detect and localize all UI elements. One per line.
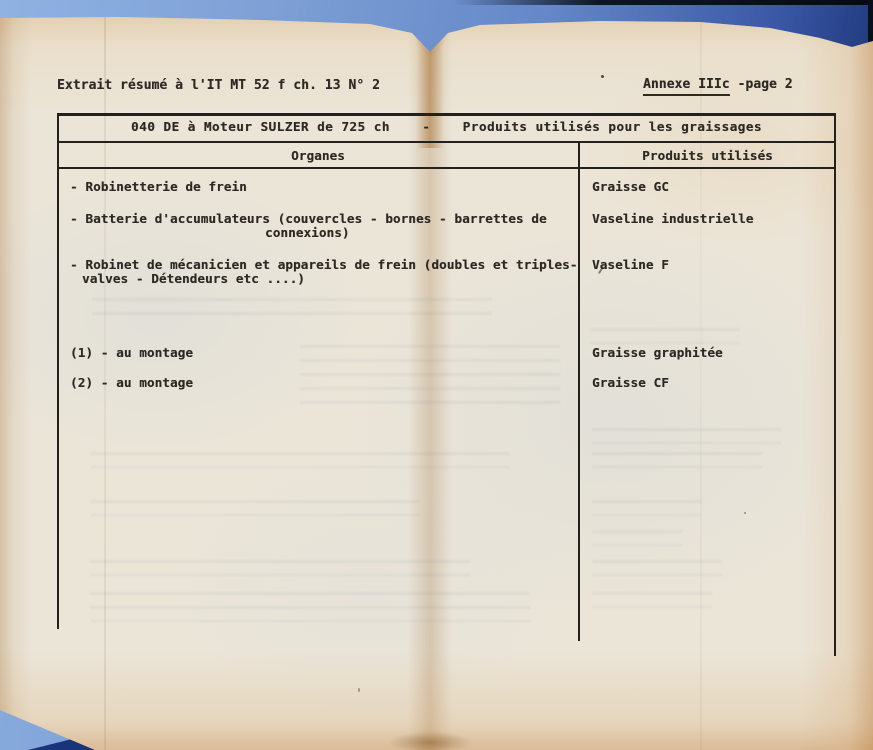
table-border-right: [834, 113, 836, 656]
table-title: 040 DE à Moteur SULZER de 725 ch - Produ…: [57, 120, 836, 134]
organe-cell-line2: valves - Détendeurs etc ....): [82, 272, 305, 286]
organe-cell: (1) - au montage: [70, 346, 193, 360]
table-border-top: [57, 113, 836, 116]
produit-cell: Graisse graphitée: [592, 346, 723, 360]
table-rule-under-header: [57, 167, 836, 169]
column-header-produits: Produits utilisés: [579, 149, 836, 163]
column-header-organes: Organes: [57, 149, 579, 163]
annexe-label: Annexe IIIc: [643, 77, 730, 96]
produit-cell: Vaseline F: [592, 258, 669, 272]
produit-cell: Vaseline industrielle: [592, 212, 753, 226]
ink-speck: [358, 688, 360, 692]
scanner-background: { "header": { "extract_note": "Extrait r…: [0, 0, 873, 750]
scanner-corner-shadow: [868, 0, 873, 46]
table-border-left: [57, 113, 59, 629]
table-column-divider: [578, 141, 580, 641]
organe-cell: (2) - au montage: [70, 376, 193, 390]
organe-cell-line2: connexions): [265, 226, 350, 240]
annexe-reference: Annexe IIIc -page 2: [643, 78, 793, 92]
scanner-top-edge: [453, 0, 873, 5]
scan-stage: Extrait résumé à l'IT MT 52 f ch. 13 N° …: [0, 0, 873, 750]
scanned-page: Extrait résumé à l'IT MT 52 f ch. 13 N° …: [0, 0, 873, 750]
ink-speck: [601, 75, 604, 78]
table-rule-under-title: [57, 141, 836, 143]
annexe-page-number: -page 2: [730, 77, 793, 92]
produit-cell: Graisse GC: [592, 180, 669, 194]
produit-cell: Graisse CF: [592, 376, 669, 390]
document-reference: Extrait résumé à l'IT MT 52 f ch. 13 N° …: [57, 79, 380, 93]
organe-cell: - Robinetterie de frein: [70, 180, 247, 194]
products-table: 040 DE à Moteur SULZER de 725 ch - Produ…: [57, 113, 836, 658]
